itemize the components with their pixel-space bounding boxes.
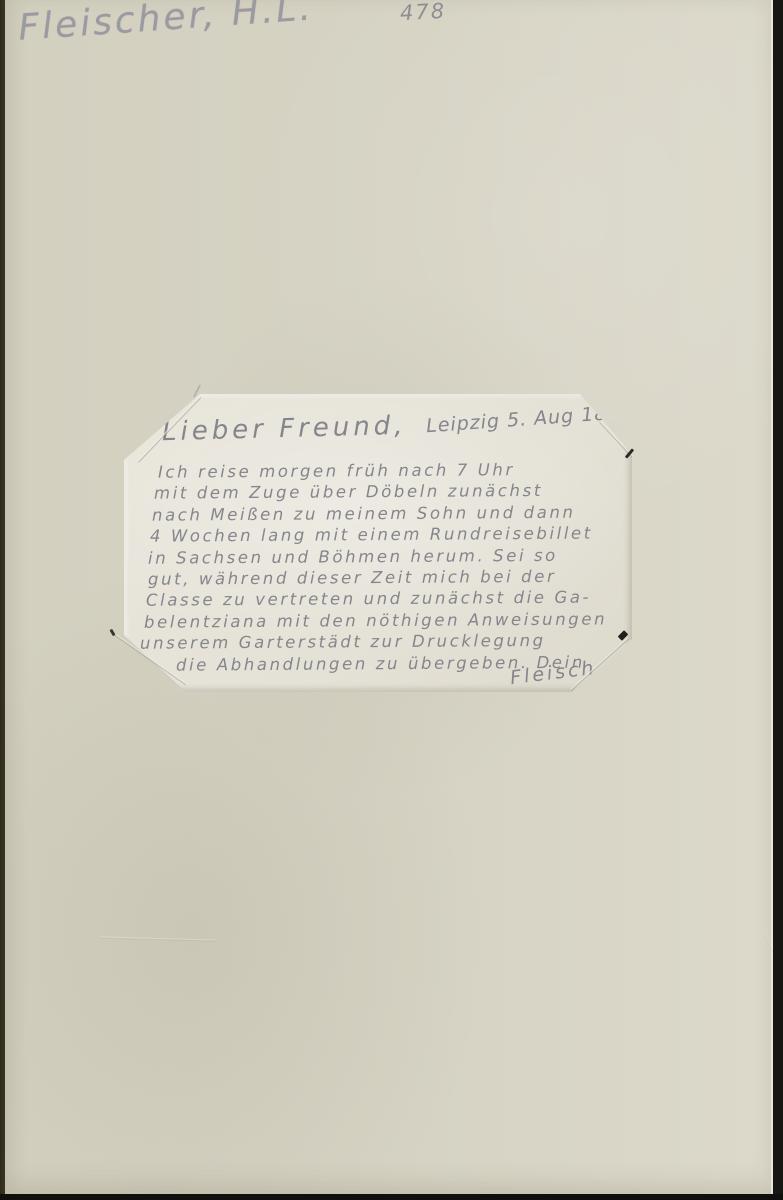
- card-line: 4 Wochen lang mit einem Rundreisebillet: [150, 523, 632, 548]
- paper-crease: [100, 936, 215, 941]
- archive-label: Fleischer, H.L.: [17, 0, 315, 49]
- scanned-document: Fleischer, H.L. 478 Lieber Freund, Leipz…: [0, 0, 783, 1200]
- card-letter: Lieber Freund, Leipzig 5. Aug 186.. Ich …: [124, 394, 632, 692]
- mounted-card: Lieber Freund, Leipzig 5. Aug 186.. Ich …: [124, 394, 632, 692]
- card-paper: Lieber Freund, Leipzig 5. Aug 186.. Ich …: [124, 394, 632, 692]
- scan-edge-right: [773, 0, 783, 1200]
- card-salutation: Lieber Freund,: [162, 411, 407, 447]
- card-body: Ich reise morgen früh nach 7 Uhr mit dem…: [124, 460, 632, 674]
- card-dateline: Leipzig 5. Aug 186..: [425, 401, 635, 437]
- card-line: mit dem Zuge über Döbeln zunächst: [154, 480, 632, 505]
- scan-edge-left: [0, 0, 5, 1200]
- scan-edge-bottom: [0, 1194, 783, 1200]
- page-number: 478: [399, 0, 446, 25]
- card-line: unserem Garterstädt zur Drucklegung: [140, 630, 632, 655]
